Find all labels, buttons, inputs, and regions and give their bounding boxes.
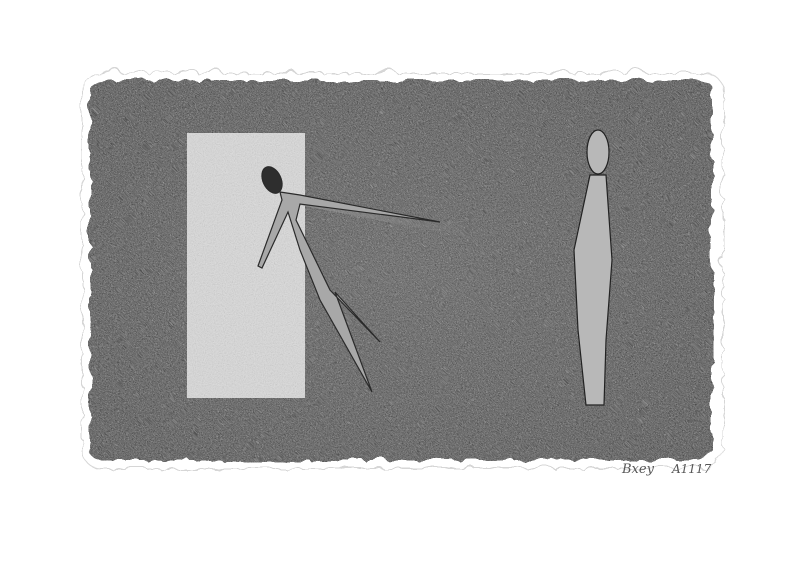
artist-signature: Bxey [622,462,654,477]
light-panel [187,133,305,398]
drawing [0,0,800,566]
signature-date: A1117 [672,462,711,476]
dark-field [88,78,710,458]
